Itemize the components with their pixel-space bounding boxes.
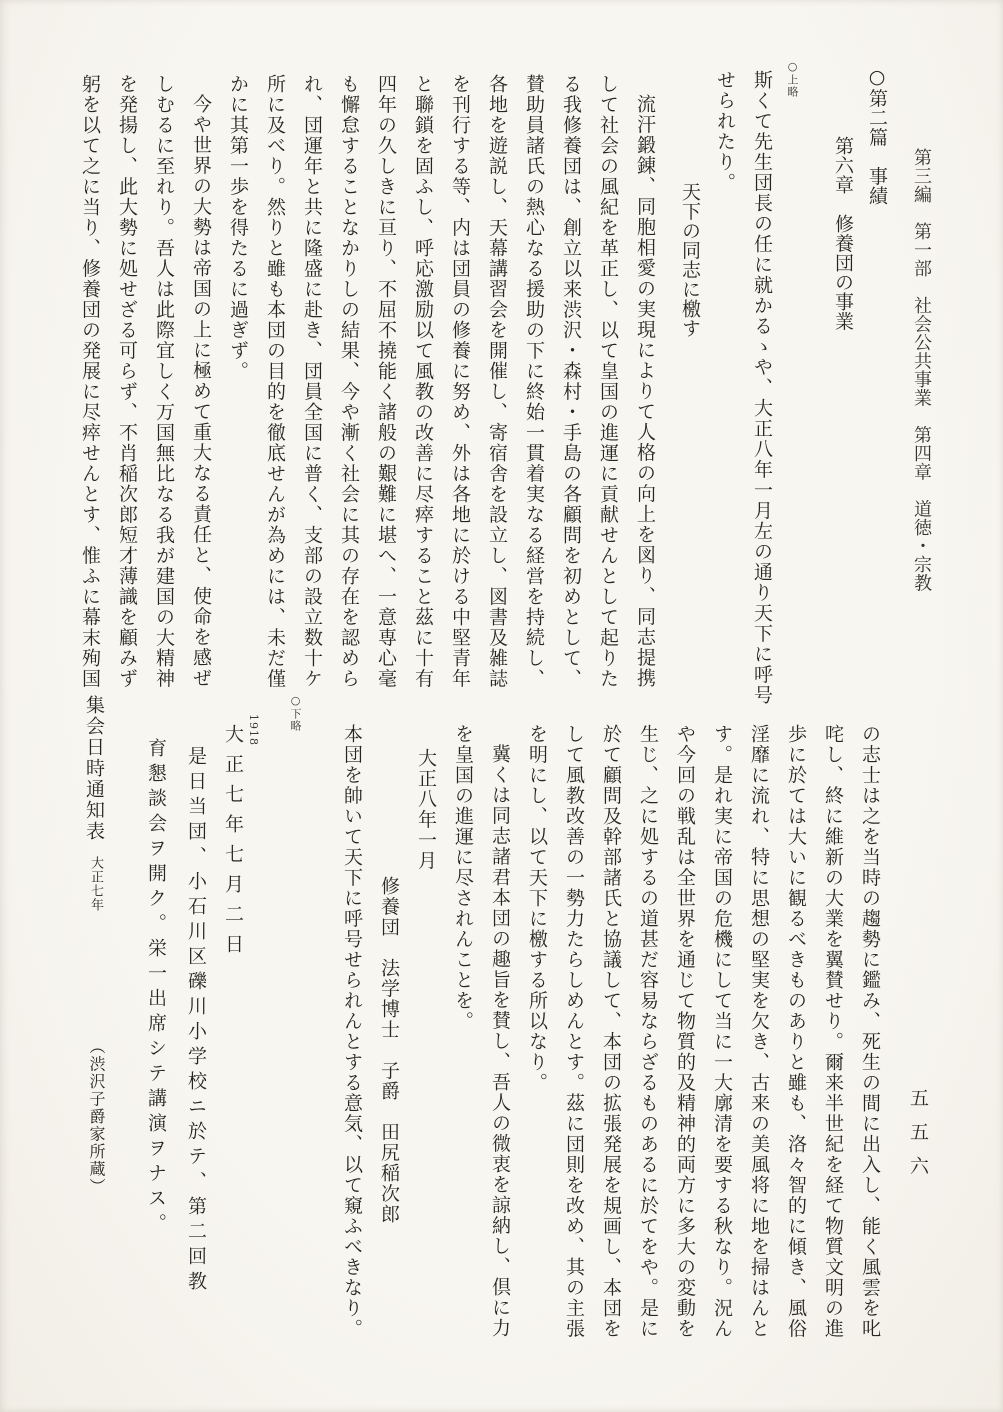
text-column: を皇国の進運に尽されんことを。 bbox=[453, 724, 472, 1032]
running-header: 第三編 第一部 社会公共事業 第四章 道徳・宗教 bbox=[912, 148, 930, 592]
part-heading: ○第二篇 事績 bbox=[867, 66, 886, 206]
omission-mark-bottom: ○下略 bbox=[290, 694, 301, 732]
chapter-heading: 第六章 修養団の事業 bbox=[833, 136, 852, 331]
proclamation-date: 大正八年一月 bbox=[416, 748, 435, 871]
text-column: 流汗鍛錬、同胞相愛の実現によりて人格の向上を図り、同志提携 bbox=[635, 94, 654, 689]
text-column: や今回の戦乱は全世界を通じて物質的及精神的両方に多大の変動を bbox=[675, 724, 694, 1339]
scanned-book-page: 第三編 第一部 社会公共事業 第四章 道徳・宗教 五五六 ○第二篇 事績 第六章… bbox=[0, 0, 1003, 1412]
text-column: 生じ、之に処するの道甚だ容易ならざるものあるに於てをや。是に bbox=[638, 724, 657, 1339]
text-column: せられたり。 bbox=[715, 70, 734, 193]
text-column: して風教改善の一勢力たらしめんとす。茲に団則を改め、其の主張 bbox=[564, 724, 583, 1339]
text-column: 賛助員諸氏の熱心なる援助の下に終始一貫着実なる経営を持続し、 bbox=[524, 74, 543, 689]
text-column: れ、団運年と共に隆盛に赴き、団員全国に普く、支部の設立数十ケ bbox=[302, 74, 321, 689]
text-column: を刊行する等、内は団員の修養に努め、外は各地に於ける中堅青年 bbox=[450, 74, 469, 689]
source-year: 大正七年 bbox=[89, 856, 102, 912]
page-number: 五五六 bbox=[908, 1088, 927, 1190]
comment-column: 本団を帥いて天下に呼号せられんとする意気、以て窺ふべきなり。 bbox=[342, 724, 361, 1339]
text-column: も懈怠することなかりしの結果、今や漸く社会に其の存在を認めら bbox=[339, 74, 358, 689]
proclamation-title: 天下の同志に檄す bbox=[680, 182, 699, 338]
text-column: 冀くは同志諸君本団の趣旨を賛し、吾人の微衷を諒納し、倶に力 bbox=[490, 744, 509, 1339]
text-column: 於て顧問及幹部諸氏と協議して、本団の拡張発展を規画し、本団を bbox=[601, 724, 620, 1339]
signature-line: 修養団 法学博士 子爵 田尻稲次郎 bbox=[379, 876, 398, 1225]
text-column: 各地を遊説し、天幕講習会を開催し、寄宿舎を設立し、図書及雑誌 bbox=[487, 74, 506, 689]
text-column: る我修養団は、創立以来渋沢・森村・手島の各顧問を初めとして、 bbox=[561, 74, 580, 689]
text-column: して社会の風紀を革正し、以て皇国の進運に貢献せんとして起りた bbox=[598, 74, 617, 689]
text-column: す。是れ実に帝国の危機にして当に一大廓清を要する秋なり。況ん bbox=[712, 724, 731, 1339]
text-column: 今や世界の大勢は帝国の上に極めて重大なる責任と、使命を感ぜ bbox=[191, 94, 210, 689]
text-column: の志士は之を当時の趨勢に鑑み、死生の間に出入し、能く風雲を叱 bbox=[860, 724, 879, 1339]
text-column: 四年の久しきに亘り、不屈不撓能く諸般の艱難に堪へ、一意専心毫 bbox=[376, 74, 395, 689]
text-column: と聯鎖を固ふし、呼応激励以て風教の改善に尽瘁すること茲に十有 bbox=[413, 74, 432, 689]
text-column: 咤し、終に維新の大業を翼賛せり。爾来半世紀を経て物質文明の進 bbox=[823, 724, 842, 1339]
omission-mark-top: ○上略 bbox=[787, 60, 798, 98]
text-column: かに其第一歩を得たるに過ぎず。 bbox=[228, 74, 247, 382]
western-year-label: 1918 bbox=[248, 714, 259, 746]
text-column: を明にし、以て天下に檄する所以なり。 bbox=[527, 724, 546, 1093]
text-column: 是日当団、小石川区礫川小学校ニ於テ、第二回教 bbox=[186, 746, 205, 1296]
text-column: 育懇談会ヲ開ク。栄一出席シテ講演ヲナス。 bbox=[146, 738, 165, 1238]
source-title: 集会日時通知表 bbox=[84, 695, 103, 842]
text-column: 歩に於ては大いに観るべきものありと雖も、洛々智的に傾き、風俗 bbox=[786, 724, 805, 1339]
text-column: を発揚し、此大勢に処せざる可らず、不肖稲次郎短才薄識を顧みず bbox=[117, 74, 136, 689]
text-column: 斯くて先生団長の任に就かるゝや、大正八年一月左の通り天下に呼号 bbox=[752, 70, 771, 706]
text-column: 淫靡に流れ、特に思想の堅実を欠き、古来の美風将に地を掃はんと bbox=[749, 724, 768, 1339]
text-column: しむるに至れり。吾人は此際宜しく万国無比なる我が建国の大精神 bbox=[154, 74, 173, 689]
text-column: 躬を以て之に当り、修養団の発展に尽瘁せんとす、惟ふに幕末殉国 bbox=[80, 74, 99, 689]
source-owner: （渋沢子爵家所蔵） bbox=[88, 1038, 104, 1196]
entry-date-heading: 大正七年七月二日 bbox=[223, 724, 242, 964]
text-column: 所に及べり。然りと雖も本団の目的を徹底せんが為めには、未だ僅 bbox=[265, 74, 284, 689]
